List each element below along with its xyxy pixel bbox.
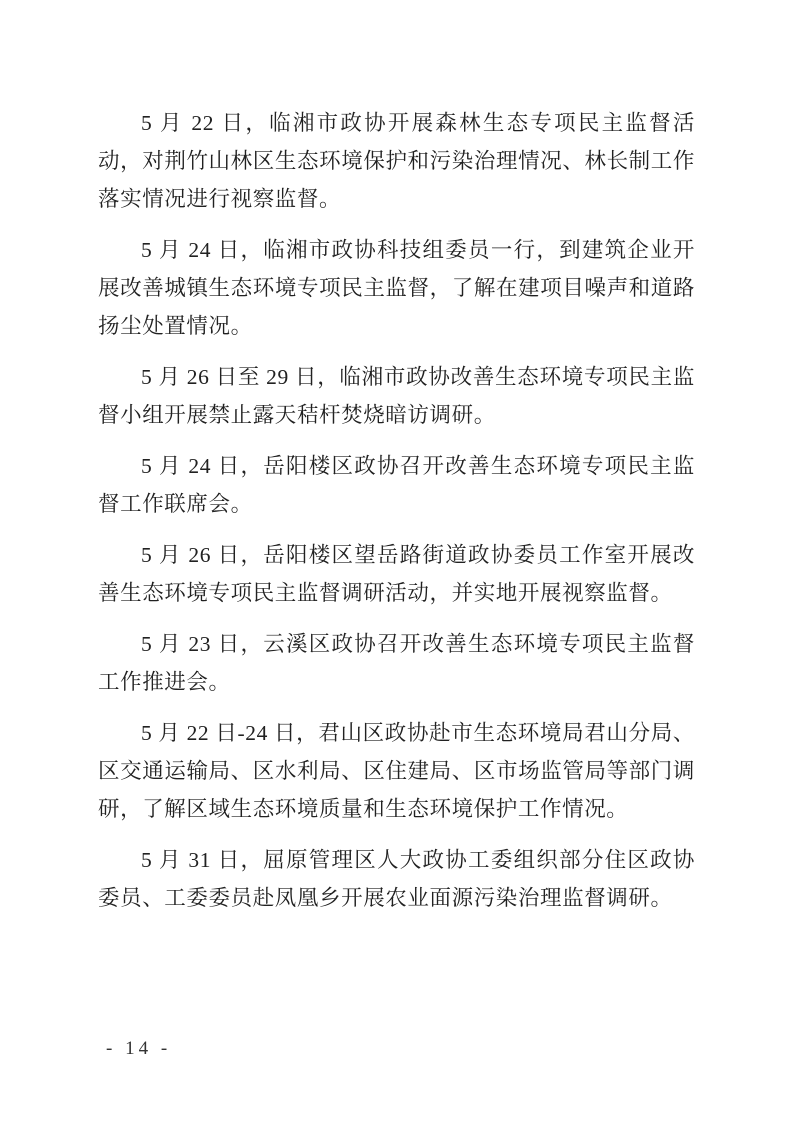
page-number: - 14 -	[106, 1038, 171, 1060]
paragraph: 5 月 26 日至 29 日，临湘市政协改善生态环境专项民主监督小组开展禁止露天…	[98, 358, 695, 434]
paragraph: 5 月 26 日，岳阳楼区望岳路街道政协委员工作室开展改善生态环境专项民主监督调…	[98, 536, 695, 612]
paragraph: 5 月 22 日，临湘市政协开展森林生态专项民主监督活动，对荆竹山林区生态环境保…	[98, 104, 695, 218]
paragraph: 5 月 22 日-24 日，君山区政协赴市生态环境局君山分局、区交通运输局、区水…	[98, 714, 695, 828]
paragraph: 5 月 31 日，屈原管理区人大政协工委组织部分住区政协委员、工委委员赴凤凰乡开…	[98, 841, 695, 917]
document-body: 5 月 22 日，临湘市政协开展森林生态专项民主监督活动，对荆竹山林区生态环境保…	[98, 104, 695, 930]
paragraph: 5 月 23 日，云溪区政协召开改善生态环境专项民主监督工作推进会。	[98, 625, 695, 701]
paragraph: 5 月 24 日，临湘市政协科技组委员一行，到建筑企业开展改善城镇生态环境专项民…	[98, 231, 695, 345]
paragraph: 5 月 24 日，岳阳楼区政协召开改善生态环境专项民主监督工作联席会。	[98, 447, 695, 523]
document-page: 5 月 22 日，临湘市政协开展森林生态专项民主监督活动，对荆竹山林区生态环境保…	[0, 0, 793, 1122]
